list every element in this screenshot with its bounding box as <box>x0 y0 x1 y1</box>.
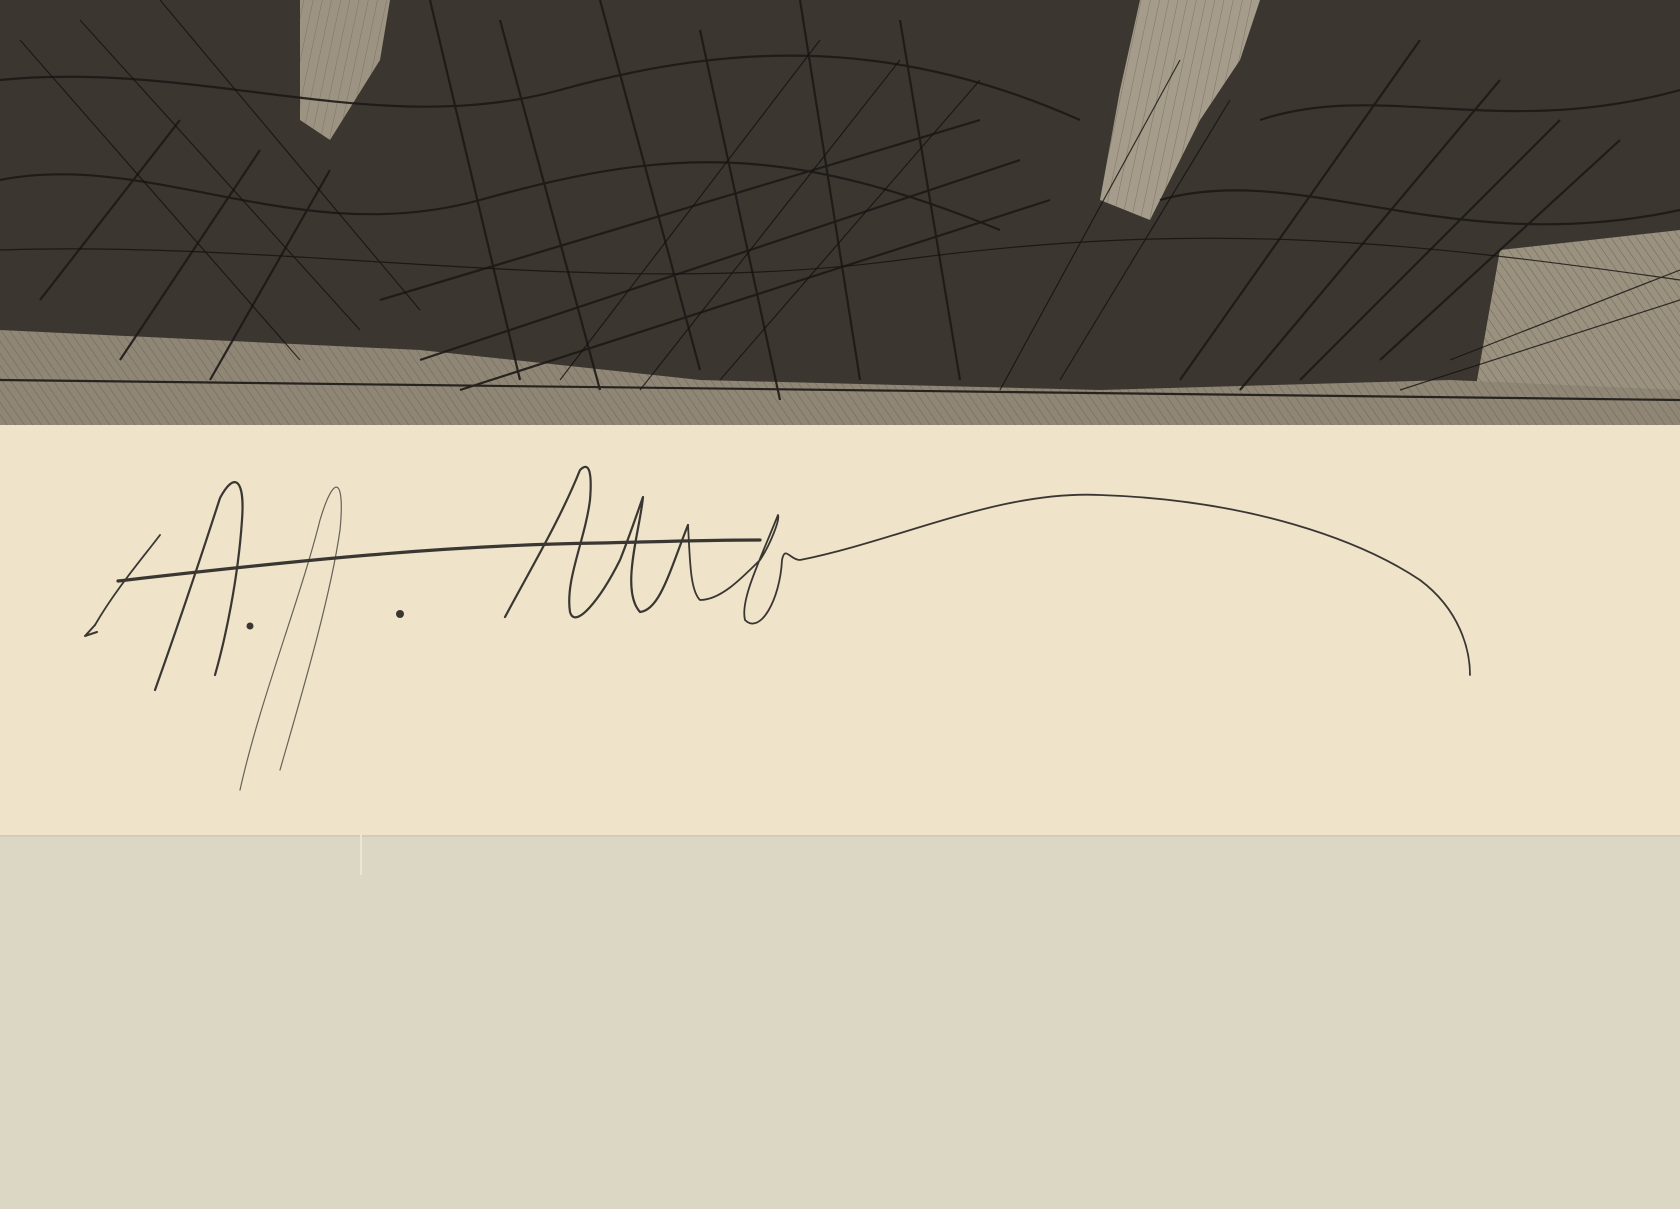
pencil-signature <box>0 425 1680 835</box>
mount-board <box>0 835 1680 1209</box>
etching-photograph: A. A. Alz <box>0 0 1680 1209</box>
mount-crease <box>360 835 362 875</box>
etched-plate-area <box>0 0 1680 425</box>
crosshatch-etching <box>0 0 1680 425</box>
